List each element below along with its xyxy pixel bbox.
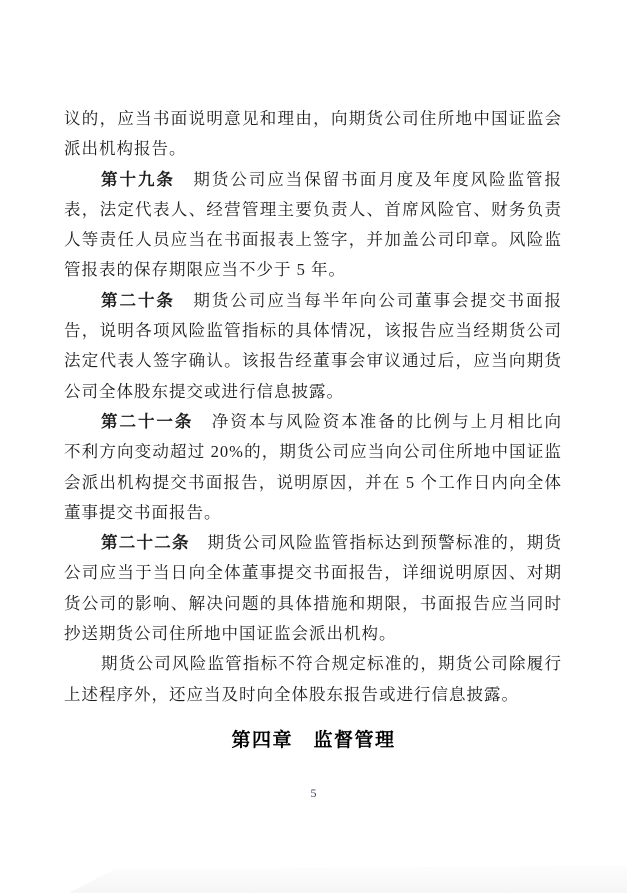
text-line: 不利方向变动超过 20%的，期货公司应当向公司住所地中国证监 — [64, 437, 562, 467]
text-line: 管报表的保存期限应当不少于 5 年。 — [64, 255, 562, 285]
article-number: 第十九条 — [101, 170, 175, 189]
text-line: 第二十一条 净资本与风险资本准备的比例与上月相比向 — [64, 407, 562, 437]
page-bottom-shadow — [0, 859, 627, 893]
document-body: 议的，应当书面说明意见和理由，向期货公司住所地中国证监会派出机构报告。第十九条 … — [64, 104, 562, 710]
text-line: 公司应当于当日向全体董事提交书面报告，详细说明原因、对期 — [64, 558, 562, 588]
text-line: 第二十条 期货公司应当每半年向公司董事会提交书面报 — [64, 286, 562, 316]
text-line: 第二十二条 期货公司风险监管指标达到预警标准的，期货 — [64, 528, 562, 558]
text-line: 议的，应当书面说明意见和理由，向期货公司住所地中国证监会 — [64, 104, 562, 134]
text-line: 董事提交书面报告。 — [64, 498, 562, 528]
text-line: 派出机构报告。 — [64, 134, 562, 164]
text-line: 公司全体股东提交或进行信息披露。 — [64, 377, 562, 407]
text-line: 第十九条 期货公司应当保留书面月度及年度风险监管报 — [64, 165, 562, 195]
article-number: 第二十条 — [101, 291, 175, 310]
text-line: 会派出机构提交书面报告，说明原因，并在 5 个工作日内向全体 — [64, 468, 562, 498]
text-line: 上述程序外，还应当及时向全体股东报告或进行信息披露。 — [64, 680, 562, 710]
article-number: 第二十一条 — [101, 412, 193, 431]
chapter-heading: 第四章 监督管理 — [0, 726, 627, 756]
article-number: 第二十二条 — [101, 533, 190, 552]
document-page: 议的，应当书面说明意见和理由，向期货公司住所地中国证监会派出机构报告。第十九条 … — [0, 0, 627, 893]
text-line: 抄送期货公司住所地中国证监会派出机构。 — [64, 619, 562, 649]
text-line: 告，说明各项风险监管指标的具体情况，该报告应当经期货公司 — [64, 316, 562, 346]
page-number: 5 — [0, 783, 627, 803]
text-line: 货公司的影响、解决问题的具体措施和期限，书面报告应当同时 — [64, 589, 562, 619]
text-line: 表，法定代表人、经营管理主要负责人、首席风险官、财务负责 — [64, 195, 562, 225]
text-line: 期货公司风险监管指标不符合规定标准的，期货公司除履行 — [64, 649, 562, 679]
text-line: 法定代表人签字确认。该报告经董事会审议通过后，应当向期货 — [64, 346, 562, 376]
text-line: 人等责任人员应当在书面报表上签字，并加盖公司印章。风险监 — [64, 225, 562, 255]
